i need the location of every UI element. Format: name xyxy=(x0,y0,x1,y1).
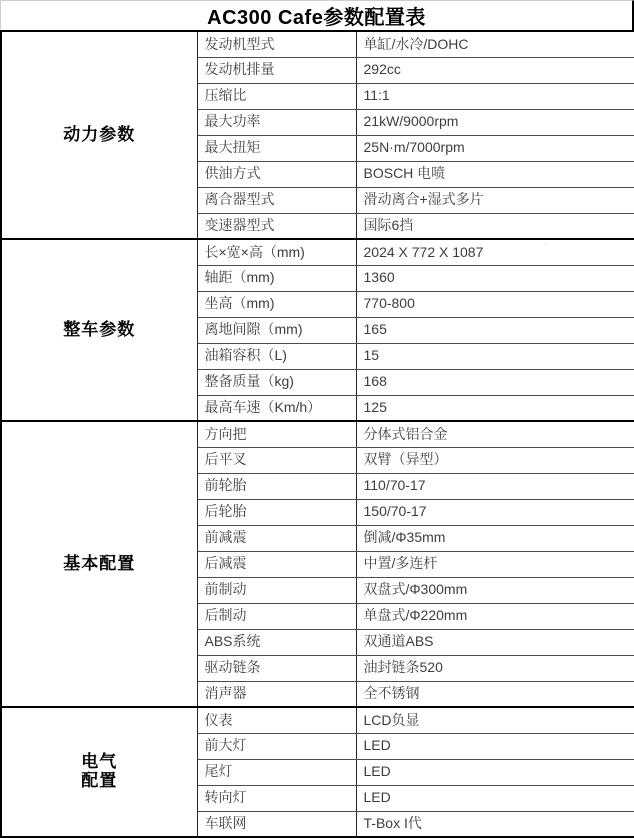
param-cell: 前大灯 xyxy=(197,733,356,759)
value-cell: 150/70-17 xyxy=(356,499,634,525)
param-cell: 坐高（mm) xyxy=(197,291,356,317)
value-cell: 770-800 xyxy=(356,291,634,317)
value-cell: 中置/多连杆 xyxy=(356,551,634,577)
value-cell: LED xyxy=(356,759,634,785)
param-cell: 供油方式 xyxy=(197,161,356,187)
value-cell: 168 xyxy=(356,369,634,395)
value-cell: LED xyxy=(356,733,634,759)
value-cell: 双臂（异型） xyxy=(356,447,634,473)
param-cell: 离合器型式 xyxy=(197,187,356,213)
value-cell: 292cc xyxy=(356,57,634,83)
value-cell: 滑动离合+湿式多片 xyxy=(356,187,634,213)
value-cell: 单盘式/Φ220mm xyxy=(356,603,634,629)
value-cell: 倒减/Φ35mm xyxy=(356,525,634,551)
table-row: 整车参数 长×宽×高（mm) 2024 X 772 X 1087ˊ xyxy=(1,239,634,265)
param-cell: 转向灯 xyxy=(197,785,356,811)
value-cell: 双盘式/Φ300mm xyxy=(356,577,634,603)
table-row: 电气 配置 仪表 LCD负显 xyxy=(1,707,634,733)
param-cell: ABS系统 xyxy=(197,629,356,655)
param-cell: 仪表 xyxy=(197,707,356,733)
table-row: 动力参数 发动机型式 单缸/水冷/DOHC xyxy=(1,31,634,57)
value-cell: 国际6挡 xyxy=(356,213,634,239)
value-cell: 125 xyxy=(356,395,634,421)
param-cell: 发动机排量 xyxy=(197,57,356,83)
value-text: 2024 X 772 X 1087 xyxy=(364,244,484,260)
param-cell: 后制动 xyxy=(197,603,356,629)
param-cell: 压缩比 xyxy=(197,83,356,109)
param-cell: 最大功率 xyxy=(197,109,356,135)
param-cell: 油箱容积（L) xyxy=(197,343,356,369)
value-cell: 全不锈钢 xyxy=(356,681,634,707)
section-label-vehicle: 整车参数 xyxy=(1,239,197,421)
param-cell: 前轮胎 xyxy=(197,473,356,499)
value-cell: 单缸/水冷/DOHC xyxy=(356,31,634,57)
section-label-power: 动力参数 xyxy=(1,31,197,239)
param-cell: 前减震 xyxy=(197,525,356,551)
param-cell: 驱动链条 xyxy=(197,655,356,681)
value-cell: LED xyxy=(356,785,634,811)
param-cell: 方向把 xyxy=(197,421,356,447)
value-cell: 21kW/9000rpm xyxy=(356,109,634,135)
section-label-basic: 基本配置 xyxy=(1,421,197,707)
param-cell: 变速器型式 xyxy=(197,213,356,239)
param-cell: 最大扭矩 xyxy=(197,135,356,161)
value-cell: 双通道ABS xyxy=(356,629,634,655)
param-cell: 尾灯 xyxy=(197,759,356,785)
param-cell: 后减震 xyxy=(197,551,356,577)
param-cell: 车联网 xyxy=(197,811,356,837)
value-cell: 15 xyxy=(356,343,634,369)
value-cell: BOSCH 电喷 xyxy=(356,161,634,187)
value-cell: 2024 X 772 X 1087ˊ xyxy=(356,239,634,265)
param-cell: 发动机型式 xyxy=(197,31,356,57)
param-cell: 轴距（mm) xyxy=(197,265,356,291)
param-cell: 前制动 xyxy=(197,577,356,603)
spec-sheet: AC300 Cafe参数配置表 动力参数 发动机型式 单缸/水冷/DOHC 发动… xyxy=(0,0,634,838)
value-cell: 110/70-17 xyxy=(356,473,634,499)
value-cell: 25N·m/7000rpm xyxy=(356,135,634,161)
value-cell: 165 xyxy=(356,317,634,343)
param-cell: 离地间隙（mm) xyxy=(197,317,356,343)
param-cell: 长×宽×高（mm) xyxy=(197,239,356,265)
param-cell: 整备质量（kg) xyxy=(197,369,356,395)
stray-mark: ˊ xyxy=(545,243,548,252)
value-cell: T-Box I代 xyxy=(356,811,634,837)
value-cell: LCD负显 xyxy=(356,707,634,733)
table-row: 基本配置 方向把 分体式铝合金 xyxy=(1,421,634,447)
spec-table: 动力参数 发动机型式 单缸/水冷/DOHC 发动机排量292cc 压缩比11:1… xyxy=(0,30,634,838)
section-label-electric: 电气 配置 xyxy=(1,707,197,837)
param-cell: 后平叉 xyxy=(197,447,356,473)
param-cell: 消声器 xyxy=(197,681,356,707)
param-cell: 最高车速（Km/h） xyxy=(197,395,356,421)
param-cell: 后轮胎 xyxy=(197,499,356,525)
page-title: AC300 Cafe参数配置表 xyxy=(0,0,634,30)
value-cell: 11:1 xyxy=(356,83,634,109)
value-cell: 分体式铝合金 xyxy=(356,421,634,447)
value-cell: 1360 xyxy=(356,265,634,291)
value-cell: 油封链条520 xyxy=(356,655,634,681)
